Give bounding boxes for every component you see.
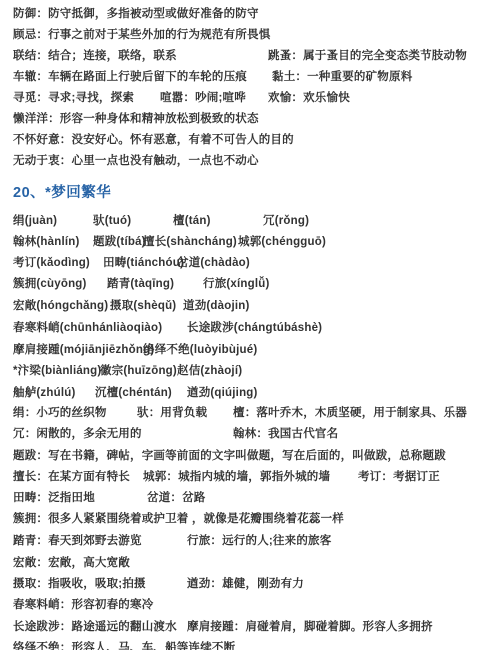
text-segment: 春寒料峭(chūnhánliàoqiào) xyxy=(13,319,162,335)
text-line: 绢(juàn)驮(tuó)檀(tán)冗(rǒng) xyxy=(0,212,499,228)
text-segment: 城郭：城指内城的墙，郭指外城的墙 xyxy=(143,468,330,484)
text-line: *汴梁(biànliáng)徽宗(huīzōng)赵佶(zhàojí) xyxy=(0,362,499,378)
text-segment: 行旅：远行的人;往来的旅客 xyxy=(187,532,331,548)
text-segment: 不怀好意：没安好心。怀有恶意，有着不可告人的目的 xyxy=(13,131,294,147)
text-line: 舳舻(zhúlú)沉檀(chéntán)遒劲(qiújing) xyxy=(0,384,499,400)
text-segment: 无动于衷：心里一点也没有触动，一点也不动心 xyxy=(13,152,259,168)
text-segment: 摄取：指吸收，吸取;拍摄 xyxy=(13,575,146,591)
text-segment: 喧嚣：吵闹;喧哗 xyxy=(160,89,246,105)
text-segment: 懒洋洋：形容一种身体和精神放松到极致的状态 xyxy=(13,110,259,126)
text-segment: 田畴：泛指田地 xyxy=(13,489,95,505)
text-line: 顾忌：行事之前对于某些外加的行为规范有所畏惧 xyxy=(0,26,499,42)
text-line: 络绎不绝：形容人、马、车、船等连续不断 xyxy=(0,639,499,650)
text-segment: 绢：小巧的丝织物 xyxy=(13,404,107,420)
text-segment: 题跋：写在书籍，碑帖，字画等前面的文字叫做题，写在后面的，叫做跋，总称题跋 xyxy=(13,447,446,463)
document-page: 防御：防守抵御，多指被动型或做好准备的防守顾忌：行事之前对于某些外加的行为规范有… xyxy=(0,0,499,650)
text-segment: 摄取(shèqǔ) xyxy=(110,297,176,313)
text-segment: 岔道：岔路 xyxy=(147,489,206,505)
text-line: 翰林(hànlín)题跋(tíbá)擅长(shàncháng)城郭(chéngg… xyxy=(0,233,499,249)
text-line: 簇拥：很多人紧紧围绕着或护卫着 ，就像是花瓣围绕着花蕊一样 xyxy=(0,510,499,526)
text-segment: 簇拥：很多人紧紧围绕着或护卫着 ，就像是花瓣围绕着花蕊一样 xyxy=(13,510,344,526)
lesson-title: 20、*梦回繁华 xyxy=(13,181,111,202)
text-line: 田畴：泛指田地岔道：岔路 xyxy=(0,489,499,505)
text-line: 题跋：写在书籍，碑帖，字画等前面的文字叫做题，写在后面的，叫做跋，总称题跋 xyxy=(0,447,499,463)
text-segment: 檀(tán) xyxy=(173,212,211,228)
text-line: 踏青：春天到郊野去游览行旅：远行的人;往来的旅客 xyxy=(0,532,499,548)
text-segment: *汴梁(biànliáng) xyxy=(13,362,101,378)
text-segment: 春寒料峭：形容初春的寒冷 xyxy=(13,596,153,612)
text-line: 春寒料峭(chūnhánliàoqiào)长途跋涉(chángtúbáshè) xyxy=(0,319,499,335)
text-segment: 田畴(tiánchóu) xyxy=(103,254,184,270)
text-segment: 络绎不绝(luòyibùjué) xyxy=(143,341,257,357)
text-segment: 欢愉：欢乐愉快 xyxy=(268,89,350,105)
text-segment: 跳蚤：属于蚤目的完全变态类节肢动物 xyxy=(268,47,467,63)
text-segment: 宏敞(hóngchǎng) xyxy=(13,297,108,313)
text-segment: 防御：防守抵御，多指被动型或做好准备的防守 xyxy=(13,5,259,21)
text-segment: 城郭(chéngguō) xyxy=(238,233,326,249)
text-segment: 岔道(chàdào) xyxy=(177,254,250,270)
text-segment: 簇拥(cùyōng) xyxy=(13,275,87,291)
text-line: 长途跋涉：路途遥远的翻山渡水摩肩接踵：肩碰着肩，脚碰着脚。形容人多拥挤 xyxy=(0,618,499,634)
text-segment: 翰林：我国古代官名 xyxy=(233,425,338,441)
text-segment: 擅长：在某方面有特长 xyxy=(13,468,130,484)
text-segment: 长途跋涉：路途遥远的翻山渡水 xyxy=(13,618,177,634)
text-segment: 徽宗(huīzōng) xyxy=(100,362,177,378)
text-segment: 绢(juàn) xyxy=(13,212,57,228)
text-segment: 考订：考据订正 xyxy=(358,468,440,484)
text-line: 春寒料峭：形容初春的寒冷 xyxy=(0,596,499,612)
pinyin-section: 绢(juàn)驮(tuó)檀(tán)冗(rǒng)翰林(hànlín)题跋(t… xyxy=(0,0,499,650)
text-line: 簇拥(cùyōng)踏青(tàqīng)行旅(xínglǚ) xyxy=(0,275,499,291)
text-segment: 顾忌：行事之前对于某些外加的行为规范有所畏惧 xyxy=(13,26,270,42)
text-line: 防御：防守抵御，多指被动型或做好准备的防守 xyxy=(0,5,499,21)
text-line: 车辙：车辆在路面上行驶后留下的车轮的压痕黏土：一种重要的矿物原料 xyxy=(0,68,499,84)
text-segment: 寻觅：寻求;寻找，探索 xyxy=(13,89,134,105)
text-line: 擅长：在某方面有特长城郭：城指内城的墙，郭指外城的墙考订：考据订正 xyxy=(0,468,499,484)
text-line: 考订(kǎodìng)田畴(tiánchóu)岔道(chàdào) xyxy=(0,254,499,270)
text-segment: 络绎不绝：形容人、马、车、船等连续不断 xyxy=(13,639,235,650)
text-line: 绢：小巧的丝织物驮：用背负载檀：落叶乔木，木质坚硬，用于制家具、乐器 xyxy=(0,404,499,420)
text-line: 宏敞：宏敞，高大宽敞 xyxy=(0,554,499,570)
top-definitions-section: 防御：防守抵御，多指被动型或做好准备的防守顾忌：行事之前对于某些外加的行为规范有… xyxy=(0,0,499,650)
text-line: 摄取：指吸收，吸取;拍摄遒劲：雄健，刚劲有力 xyxy=(0,575,499,591)
text-line: 冗：闲散的，多余无用的翰林：我国古代官名 xyxy=(0,425,499,441)
text-line: 宏敞(hóngchǎng)摄取(shèqǔ)道劲(dàojin) xyxy=(0,297,499,313)
text-segment: 行旅(xínglǚ) xyxy=(203,275,270,291)
text-segment: 长途跋涉(chángtúbáshè) xyxy=(187,319,322,335)
text-segment: 宏敞：宏敞，高大宽敞 xyxy=(13,554,130,570)
text-segment: 遒劲(qiújing) xyxy=(187,384,258,400)
text-line: 无动于衷：心里一点也没有触动，一点也不动心 xyxy=(0,152,499,168)
text-segment: 车辙：车辆在路面上行驶后留下的车轮的压痕 xyxy=(13,68,247,84)
text-segment: 联结：结合；连接，联络，联系 xyxy=(13,47,177,63)
text-segment: 题跋(tíbá) xyxy=(93,233,146,249)
text-segment: 道劲(dàojin) xyxy=(183,297,250,313)
text-segment: 沉檀(chéntán) xyxy=(95,384,172,400)
bottom-definitions-section: 绢：小巧的丝织物驮：用背负载檀：落叶乔木，木质坚硬，用于制家具、乐器冗：闲散的，… xyxy=(0,0,499,650)
text-line: 寻觅：寻求;寻找，探索喧嚣：吵闹;喧哗欢愉：欢乐愉快 xyxy=(0,89,499,105)
text-segment: 冗(rǒng) xyxy=(263,212,309,228)
text-segment: 黏土：一种重要的矿物原料 xyxy=(272,68,412,84)
text-segment: 踏青：春天到郊野去游览 xyxy=(13,532,142,548)
text-segment: 檀：落叶乔木，木质坚硬，用于制家具、乐器 xyxy=(233,404,467,420)
text-segment: 驮(tuó) xyxy=(93,212,131,228)
text-segment: 舳舻(zhúlú) xyxy=(13,384,75,400)
text-line: 懒洋洋：形容一种身体和精神放松到极致的状态 xyxy=(0,110,499,126)
text-line: 联结：结合；连接，联络，联系跳蚤：属于蚤目的完全变态类节肢动物 xyxy=(0,47,499,63)
text-segment: 摩肩接踵(mójiānjiēzhǒng) xyxy=(13,341,154,357)
text-segment: 踏青(tàqīng) xyxy=(107,275,174,291)
text-segment: 赵佶(zhàojí) xyxy=(177,362,242,378)
text-line: 不怀好意：没安好心。怀有恶意，有着不可告人的目的 xyxy=(0,131,499,147)
text-segment: 冗：闲散的，多余无用的 xyxy=(13,425,142,441)
text-segment: 擅长(shàncháng) xyxy=(143,233,237,249)
text-segment: 考订(kǎodìng) xyxy=(13,254,90,270)
text-line: 摩肩接踵(mójiānjiēzhǒng)络绎不绝(luòyibùjué) xyxy=(0,341,499,357)
text-segment: 驮：用背负载 xyxy=(137,404,207,420)
text-segment: 翰林(hànlín) xyxy=(13,233,80,249)
text-segment: 摩肩接踵：肩碰着肩，脚碰着脚。形容人多拥挤 xyxy=(187,618,433,634)
text-segment: 遒劲：雄健，刚劲有力 xyxy=(187,575,304,591)
